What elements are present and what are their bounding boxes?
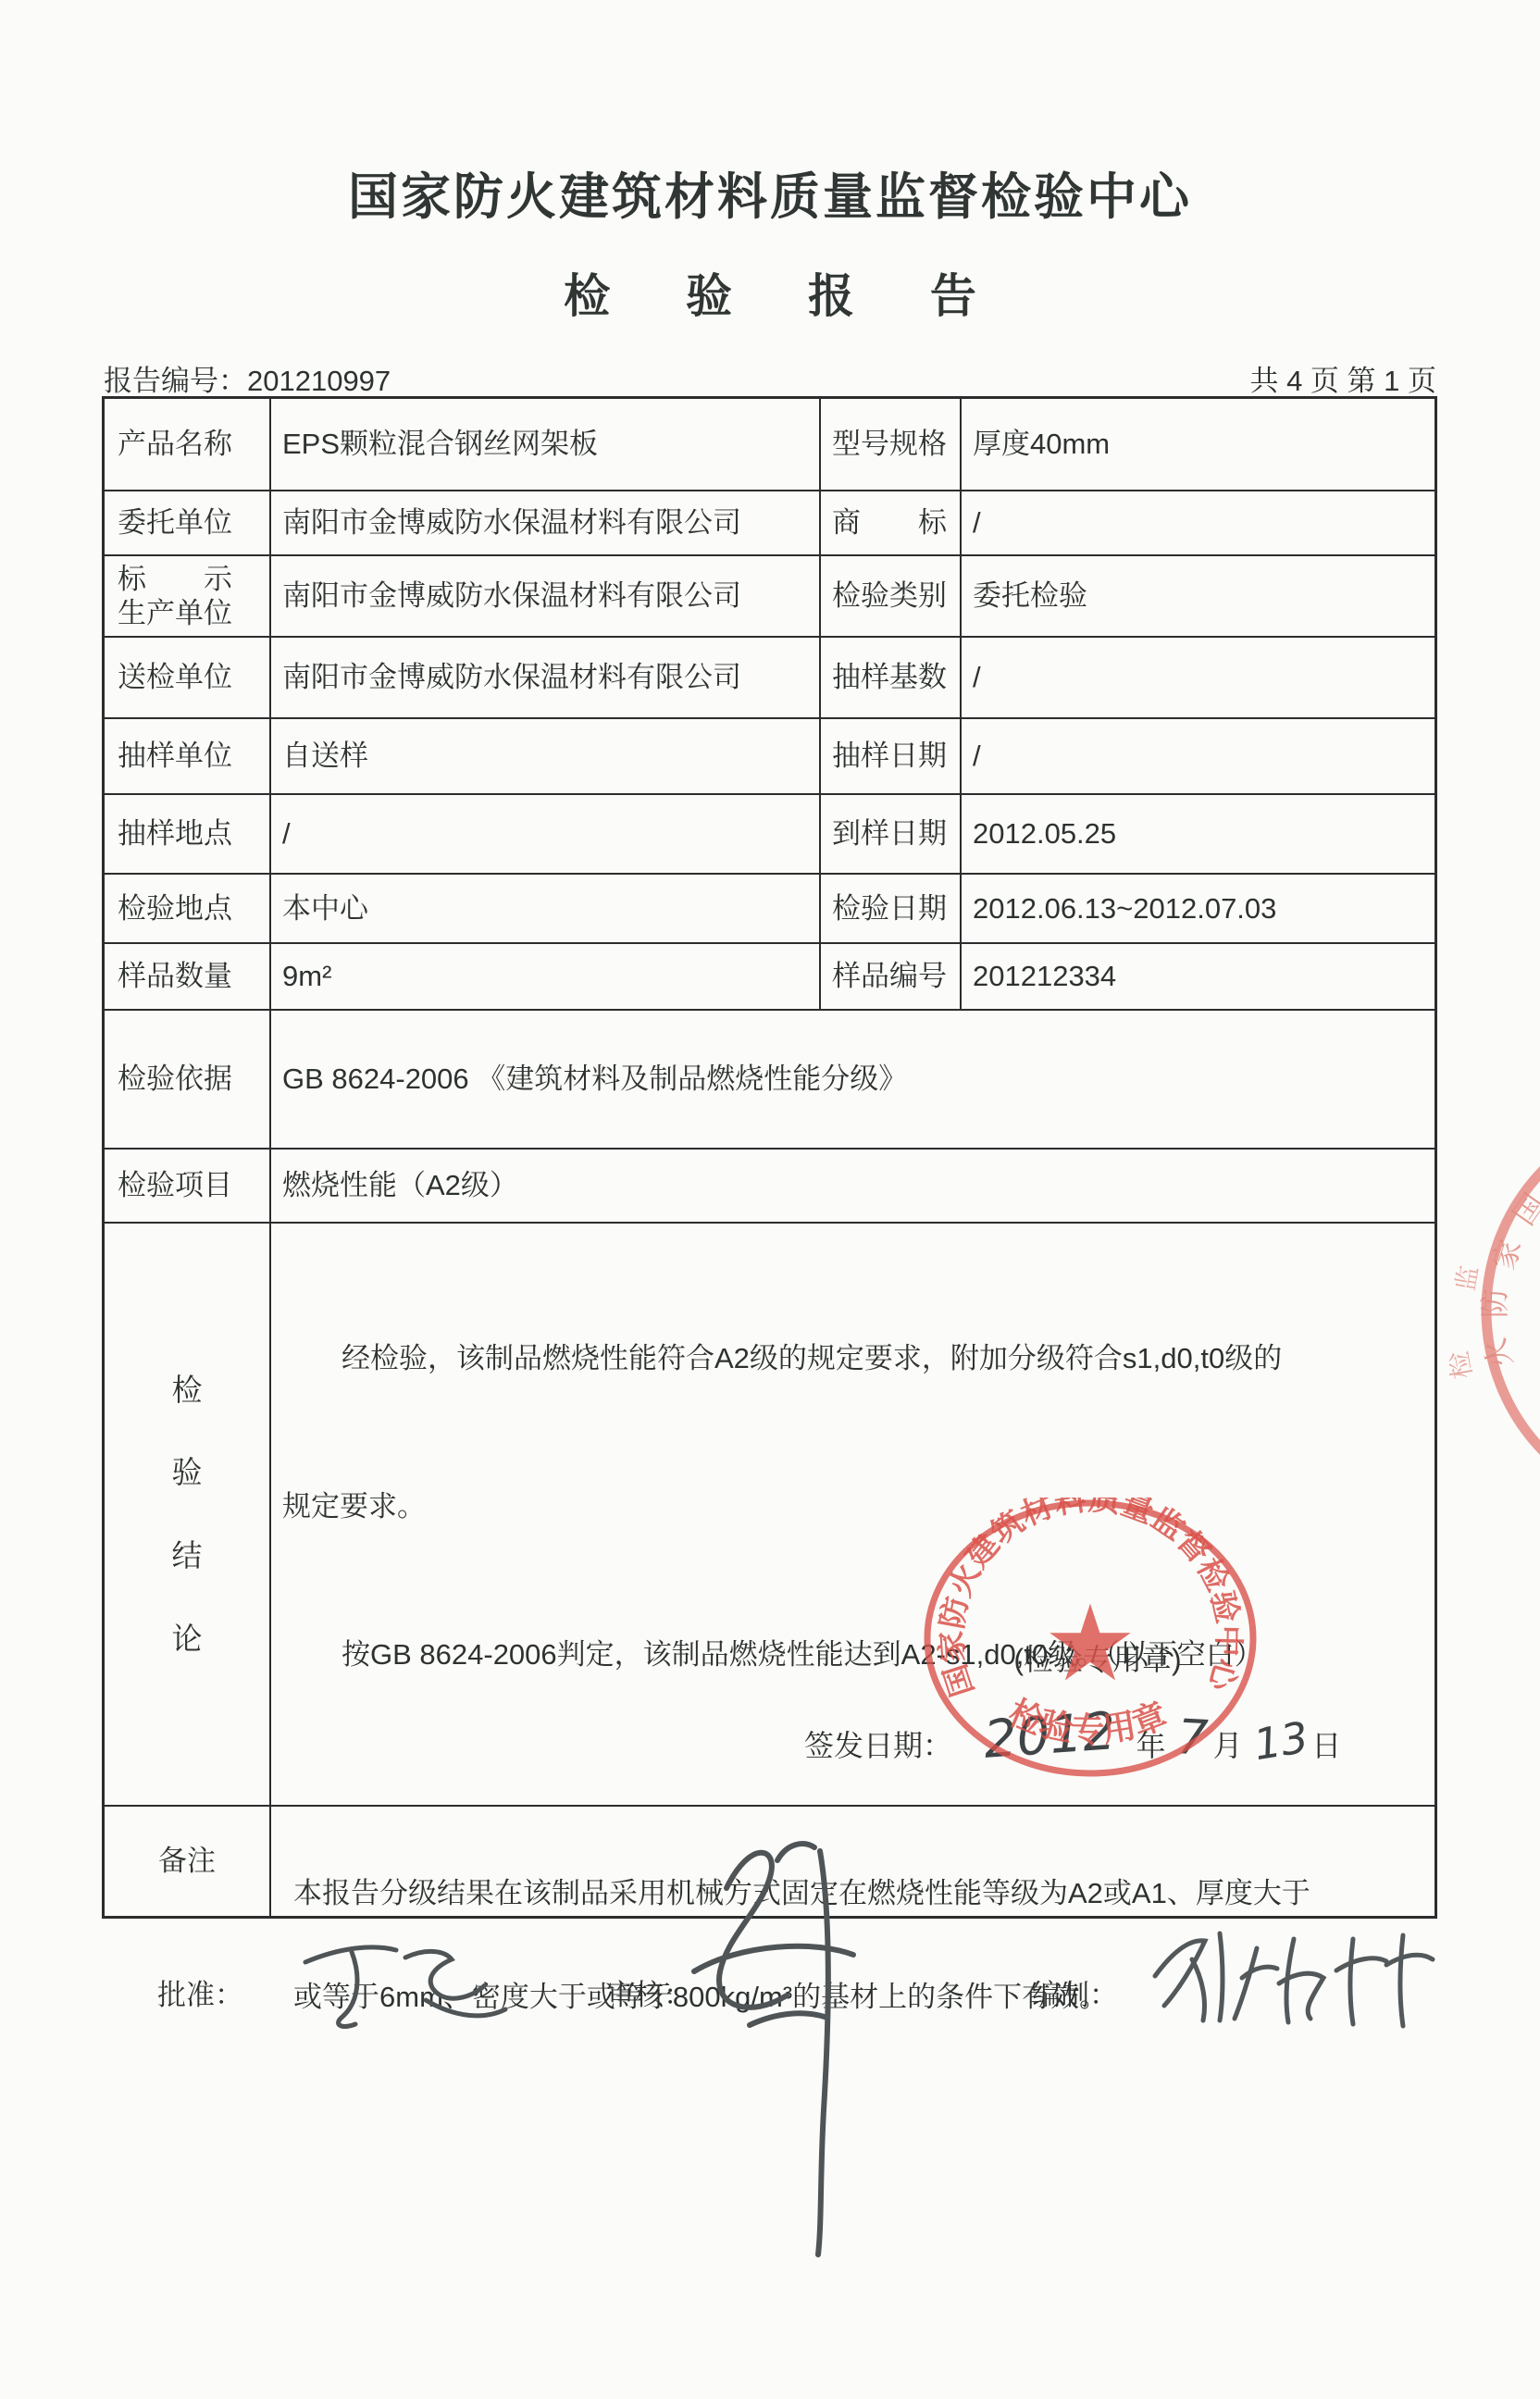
conclusion-label-char: 结 — [172, 1537, 203, 1574]
row-4-value2: / — [962, 638, 1434, 719]
basis-label: 检验依据 — [105, 1011, 271, 1150]
center-name: 国家防火建筑材料质量监督检验中心 — [0, 157, 1540, 229]
conclusion-label-char: 验 — [172, 1454, 203, 1491]
conclusion-cell: 经检验，该制品燃烧性能符合A2级的规定要求，附加分级符合s1,d0,t0级的 规… — [271, 1224, 1434, 1807]
seal-star-icon: ★ — [1043, 1585, 1137, 1703]
row-7-value2: 2012.06.13~2012.07.03 — [962, 875, 1434, 944]
row-1-label: 产品名称 — [105, 399, 271, 491]
conclusion-label: 检 验 结 论 — [105, 1224, 271, 1807]
report-meta-line: 报告编号：201210997 共 4 页 第 1 页 — [104, 357, 1436, 399]
page-info: 共 4 页 第 1 页 — [1249, 357, 1436, 399]
row-4-label2: 抽样基数 — [821, 638, 962, 719]
basis-value: GB 8624-2006 《建筑材料及制品燃烧性能分级》 — [271, 1011, 1434, 1150]
row-7-label2: 检验日期 — [821, 875, 962, 944]
edge-stamp-inner-char: 检 — [1449, 1349, 1478, 1381]
row-1-label2: 型号规格 — [821, 399, 962, 491]
row-4-value: 南阳市金博威防水保温材料有限公司 — [271, 638, 821, 719]
row-3-value: 南阳市金博威防水保温材料有限公司 — [271, 556, 821, 638]
issue-day-char: 日 — [1311, 1728, 1341, 1767]
row-6-value: / — [271, 795, 821, 875]
row-5-label: 抽样单位 — [105, 719, 271, 795]
prepare-signature — [1138, 1911, 1444, 2064]
row-6-label: 抽样地点 — [105, 795, 271, 875]
row-2-value: 南阳市金博威防水保温材料有限公司 — [271, 491, 821, 556]
row-6-label2: 到样日期 — [821, 795, 962, 875]
remark-label: 备注 — [105, 1807, 271, 1916]
approve-label: 批准： — [157, 1971, 243, 2013]
row-3-label: 标 示 生产单位 — [105, 556, 271, 638]
report-number: 报告编号：201210997 — [104, 357, 391, 399]
row-2-label: 委托单位 — [105, 491, 271, 556]
items-value: 燃烧性能（A2级） — [271, 1150, 1434, 1224]
row-5-value: 自送样 — [271, 719, 821, 795]
row-2-label2: 商 标 — [821, 491, 962, 556]
row-5-label2: 抽样日期 — [821, 719, 962, 795]
edge-stamp-inner-char: 监 — [1451, 1263, 1483, 1293]
row-8-value2: 201212334 — [962, 944, 1434, 1011]
row-4-label: 送检单位 — [105, 638, 271, 719]
row-6-value2: 2012.05.25 — [962, 795, 1434, 875]
edge-partial-stamp: 国 家 防 火 监 检 — [1449, 1162, 1540, 1459]
row-3-value2: 委托检验 — [962, 556, 1434, 638]
official-seal-stamp: 国家防火建筑材料质量监督检验中心 ★ 检验专用章 — [917, 1498, 1267, 1786]
report-number-value: 201210997 — [247, 365, 391, 397]
prepare-label: 编制： — [1032, 1971, 1118, 2013]
row-3-label2: 检验类别 — [821, 556, 962, 638]
document-title: 检 验 报 告 — [0, 259, 1540, 326]
report-number-label: 报告编号： — [104, 365, 247, 397]
row-8-label: 样品数量 — [105, 944, 271, 1011]
report-table: 产品名称 EPS颗粒混合钢丝网架板 型号规格 厚度40mm 委托单位 南阳市金博… — [102, 396, 1437, 1919]
edge-stamp-char: 防 — [1478, 1288, 1511, 1318]
row-8-value: 9m² — [271, 944, 821, 1011]
row-8-label2: 样品编号 — [821, 944, 962, 1011]
report-page: 国家防火建筑材料质量监督检验中心 检 验 报 告 报告编号：201210997 … — [0, 0, 1540, 2399]
row-7-label: 检验地点 — [105, 875, 271, 944]
items-label: 检验项目 — [105, 1150, 271, 1224]
row-1-value2: 厚度40mm — [962, 399, 1434, 491]
row-7-value: 本中心 — [271, 875, 821, 944]
row-5-value2: / — [962, 719, 1434, 795]
review-signature — [639, 1831, 925, 2266]
row-1-value: EPS颗粒混合钢丝网架板 — [271, 399, 821, 491]
edge-stamp-char: 国 — [1507, 1187, 1540, 1231]
conclusion-label-char: 论 — [172, 1621, 203, 1658]
row-2-value2: / — [962, 491, 1434, 556]
approve-signature — [287, 1920, 518, 2050]
conclusion-label-char: 检 — [172, 1372, 203, 1409]
conclusion-line-1: 经检验，该制品燃烧性能符合A2级的规定要求，附加分级符合s1,d0,t0级的 — [282, 1322, 1384, 1396]
